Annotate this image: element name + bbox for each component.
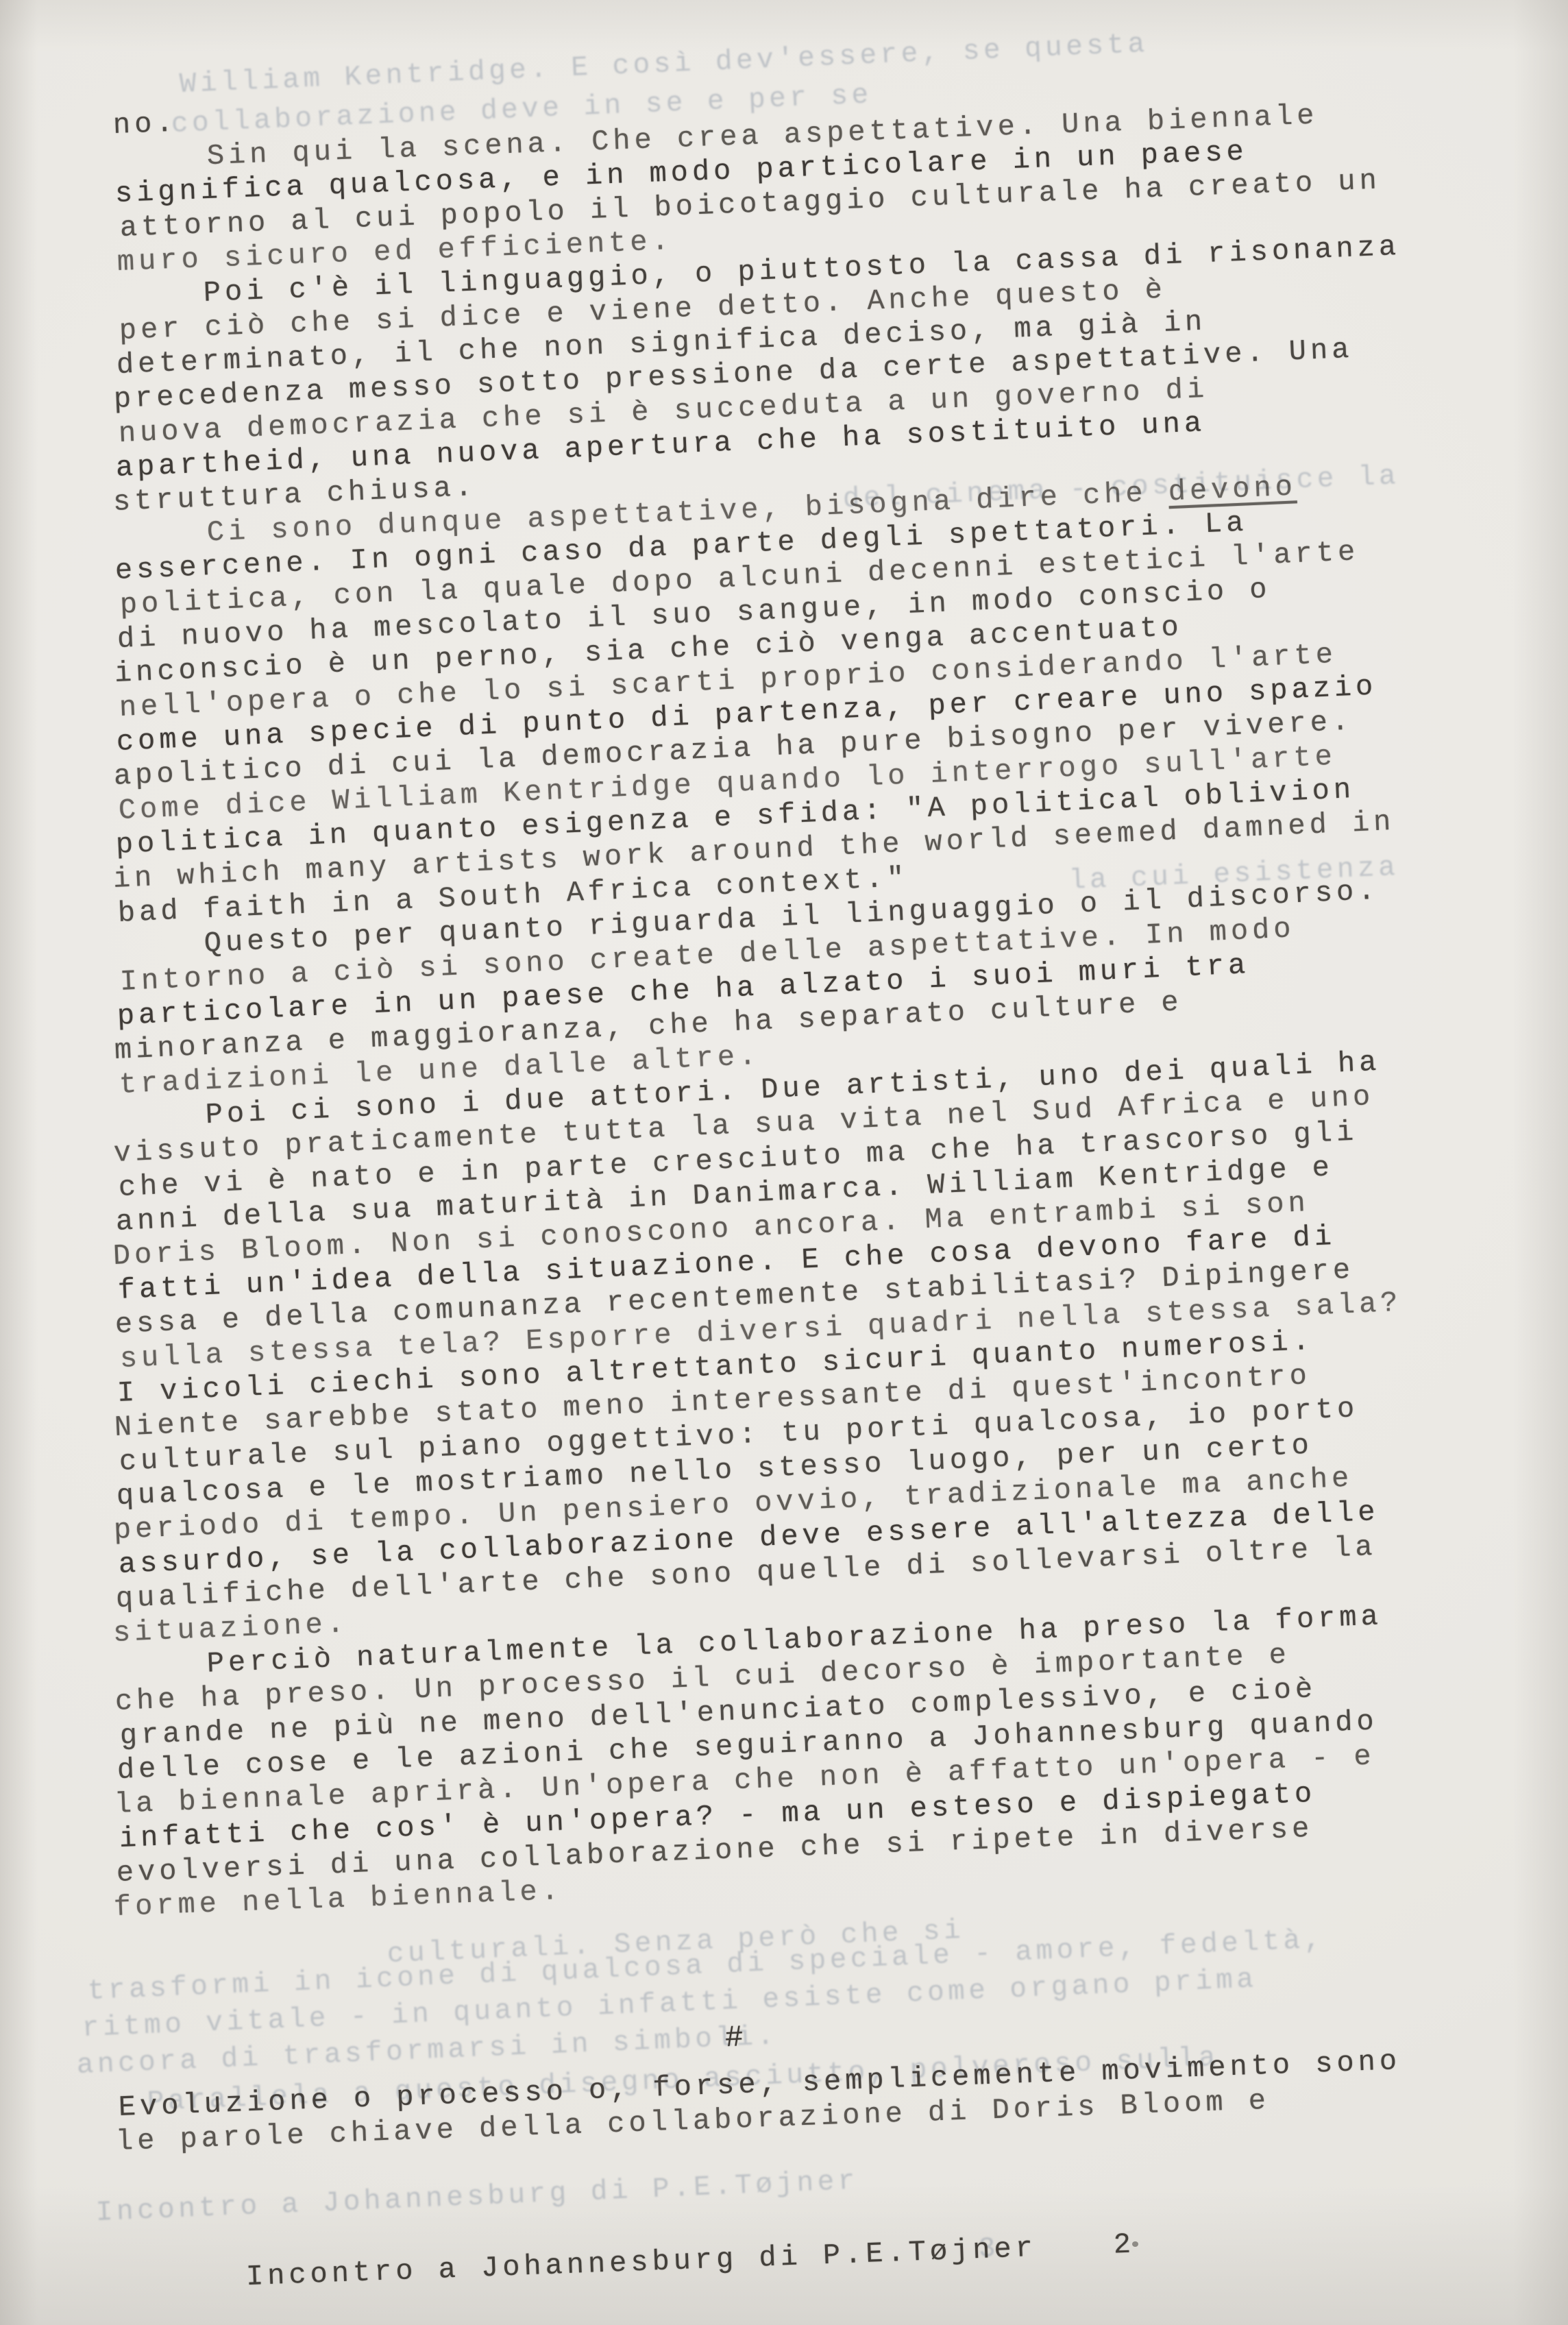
closing-paragraph: Evoluzione o processo o, forse, semplice… [117,2091,1460,2159]
ink-speck [1132,2241,1138,2247]
section-break-mark: # [724,2020,767,2056]
scanned-document-page: William Kentridge. E così dev'essere, se… [0,0,1568,2325]
footer: Incontro a Johannesburg di P.E.Tøjner2 [116,2177,1460,2263]
underlined-word: devono [1168,470,1297,509]
typewritten-text: no.Sin qui la scena. Che crea aspettativ… [117,108,1460,2263]
main-paragraphs: no.Sin qui la scena. Che crea aspettativ… [117,108,1460,1925]
